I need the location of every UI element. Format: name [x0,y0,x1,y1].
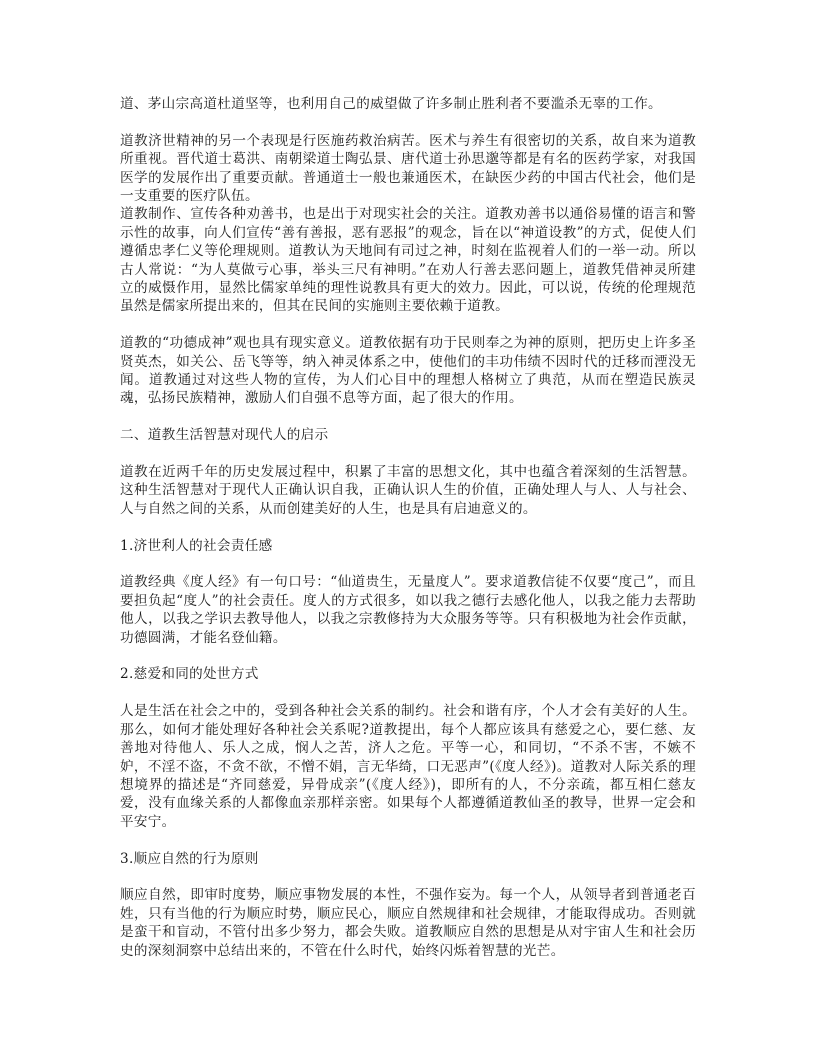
paragraph-gap [120,445,696,463]
paragraph-compassion: 人是生活在社会之中的，受到各种社会关系的制约。社会和谐有序，个人才会有美好的人生… [120,702,696,831]
paragraph-life-wisdom: 道教在近两千年的历史发展过程中，积累了丰富的思想文化，其中也蕴含着深刻的生活智慧… [120,463,696,518]
paragraph-gap [120,555,696,573]
paragraph-gap [120,868,696,886]
paragraph-gap [120,684,696,702]
paragraph-follow-nature: 顺应自然，即审时度势，顺应事物发展的本性，不强作妄为。每一个人，从领导者到普通老… [120,886,696,960]
paragraph-gap [120,316,696,334]
subheading-1: 1.济世利人的社会责任感 [120,537,696,555]
paragraph-gap [120,408,696,426]
subheading-2: 2.慈爱和同的处世方式 [120,665,696,683]
paragraph-gap [120,113,696,131]
subheading-3: 3.顺应自然的行为原则 [120,850,696,868]
paragraph-social-responsibility: 道教经典《度人经》有一句口号：“仙道贵生，无量度人”。要求道教信徒不仅要“度己”… [120,573,696,647]
document-page: 道、茅山宗高道杜道坚等，也利用自己的威望做了许多制止胜利者不要滥杀无辜的工作。 … [120,95,696,960]
section-heading-2: 二、道教生活智慧对现代人的启示 [120,426,696,444]
paragraph-morality-books: 道教制作、宣传各种劝善书，也是出于对现实社会的关注。道教劝善书以通俗易懂的语言和… [120,205,696,315]
paragraph-gap [120,831,696,849]
paragraph-gap [120,647,696,665]
paragraph-medicine: 道教济世精神的另一个表现是行医施药救治病苦。医术与养生有很密切的关系，故自来为道… [120,132,696,206]
paragraph-merit-deity: 道教的“功德成神”观也具有现实意义。道教依据有功于民则奉之为神的原则，把历史上许… [120,334,696,408]
paragraph-intro-fragment: 道、茅山宗高道杜道坚等，也利用自己的威望做了许多制止胜利者不要滥杀无辜的工作。 [120,95,696,113]
paragraph-gap [120,518,696,536]
